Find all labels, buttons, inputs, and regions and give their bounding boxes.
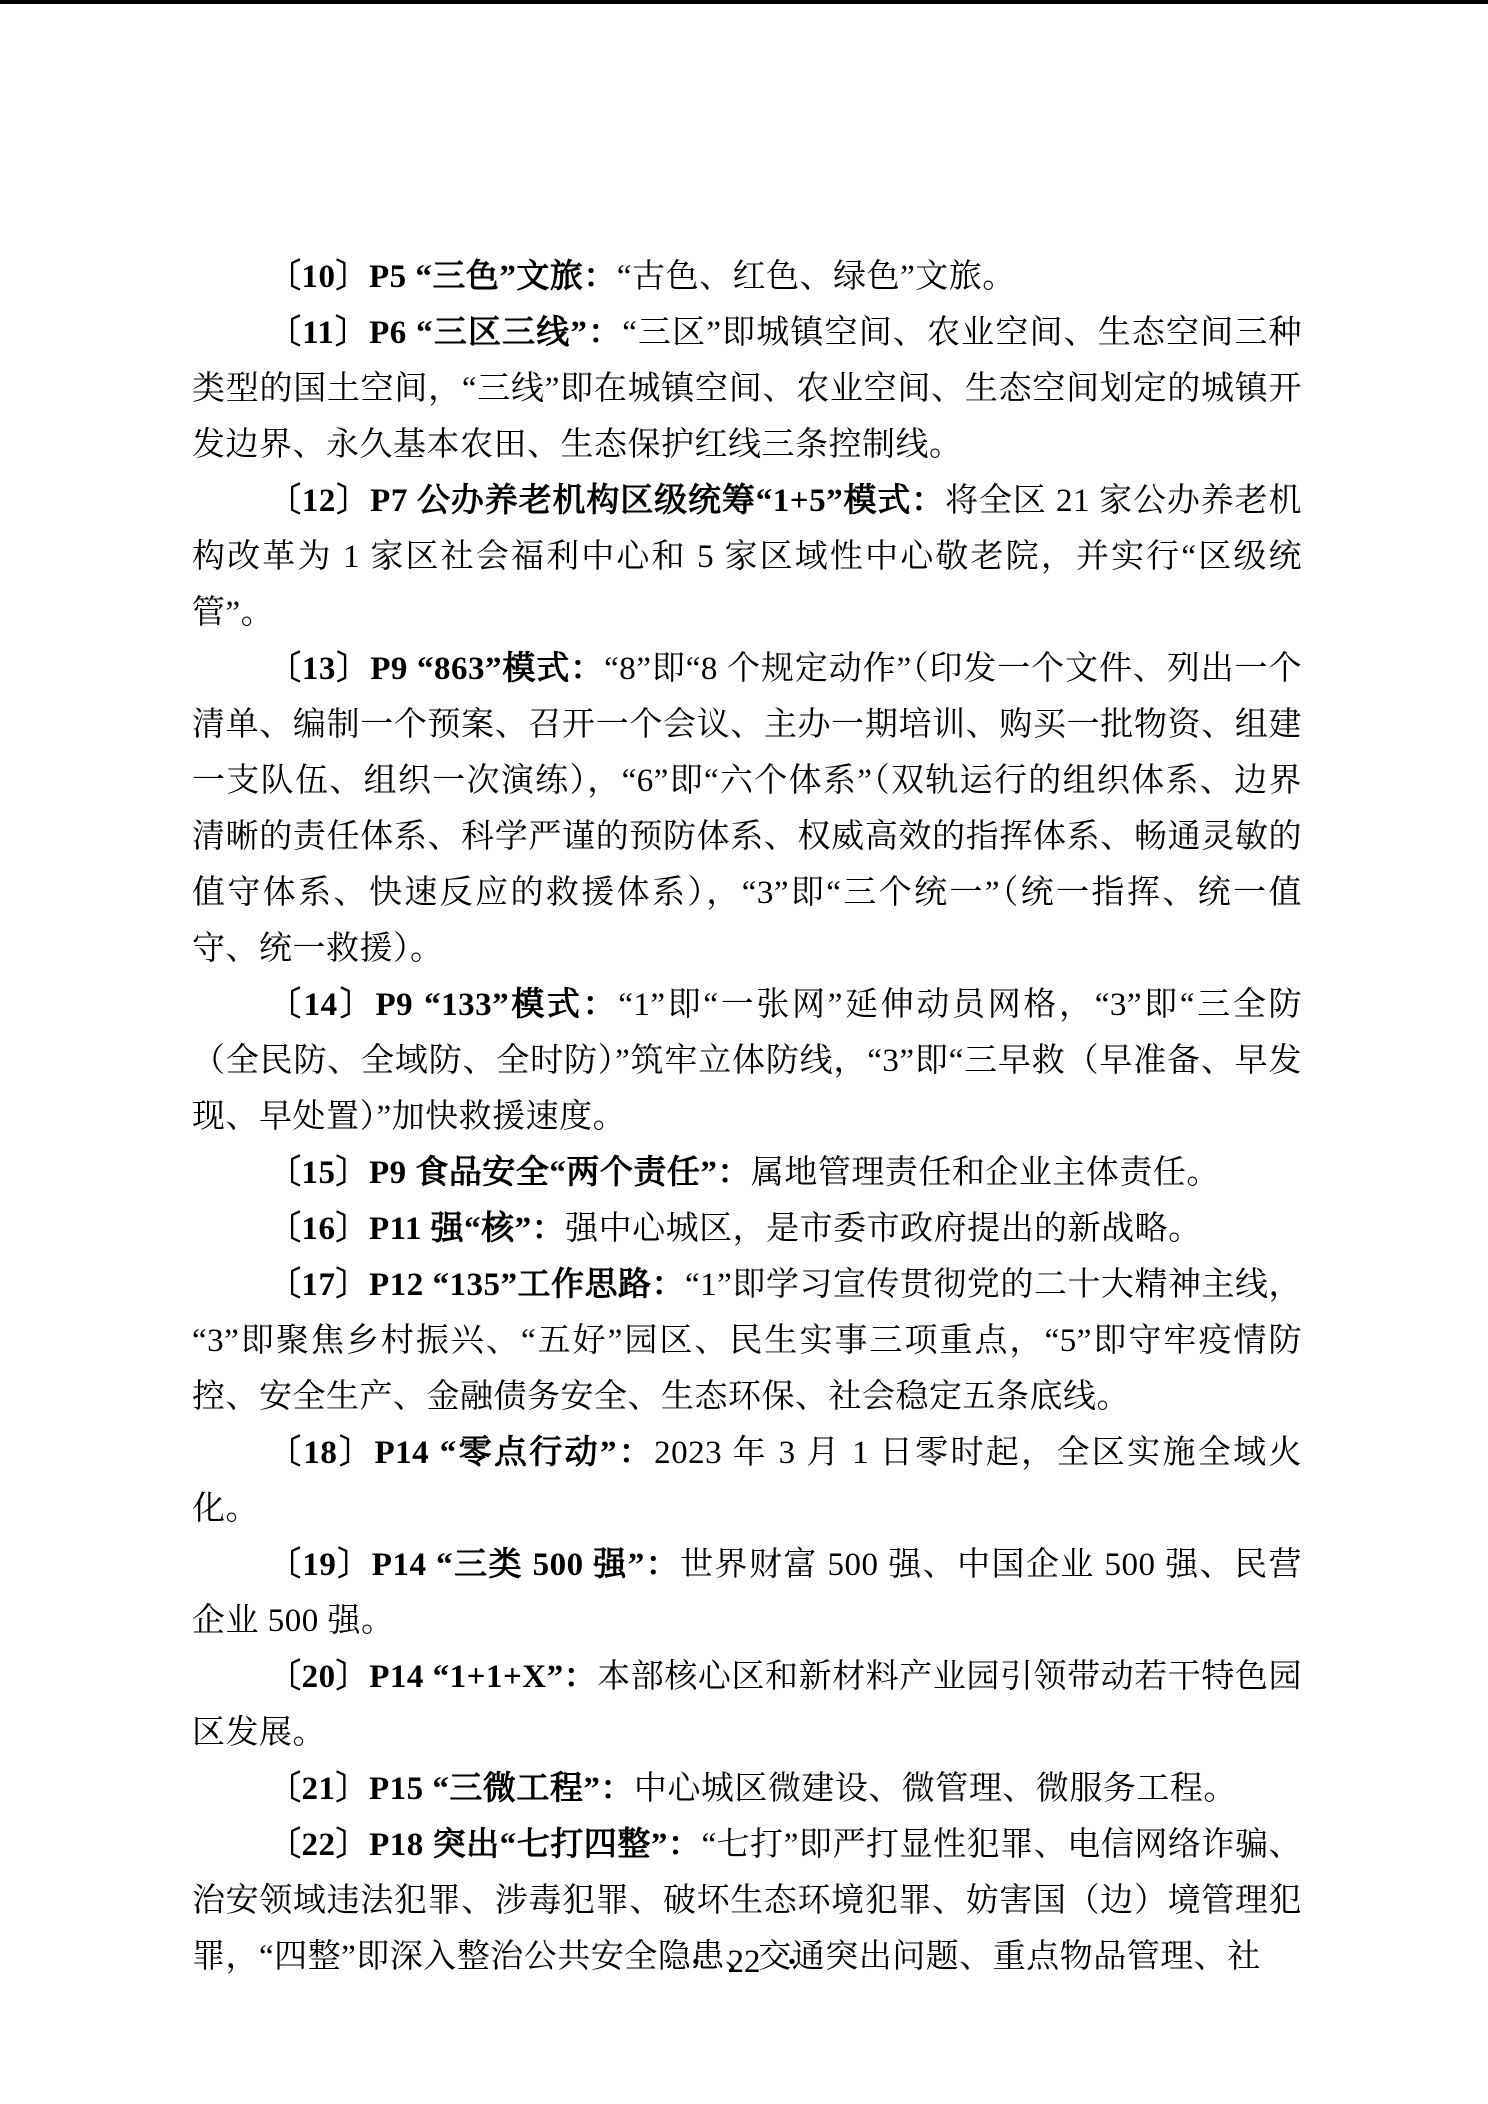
scan-edge-artifact — [0, 0, 1488, 4]
glossary-entry: 〔17〕P12 “135”工作思路：“1”即学习宣传贯彻党的二十大精神主线，“3… — [192, 1257, 1302, 1425]
entry-definition: “古色、红色、绿色”文旅。 — [617, 259, 1016, 295]
entry-term: 〔10〕P5 “三色”文旅： — [268, 259, 617, 295]
entry-term: 〔22〕P18 突出“七打四整”： — [268, 1827, 701, 1863]
page-number-dot-left: · — [690, 1934, 701, 1990]
glossary-entry: 〔14〕P9 “133”模式：“1”即“一张网”延伸动员网格，“3”即“三全防（… — [192, 977, 1302, 1145]
entry-definition: “8”即“8 个规定动作”（印发一个文件、列出一个清单、编制一个预案、召开一个会… — [192, 651, 1302, 967]
glossary-entry: 〔18〕P14 “零点行动”：2023 年 3 月 1 日零时起，全区实施全域火… — [192, 1425, 1302, 1537]
entry-term: 〔18〕P14 “零点行动”： — [268, 1435, 654, 1471]
document-page: 〔10〕P5 “三色”文旅：“古色、红色、绿色”文旅。 〔11〕P6 “三区三线… — [0, 0, 1488, 2104]
glossary-entry: 〔11〕P6 “三区三线”：“三区”即城镇空间、农业空间、生态空间三种类型的国土… — [192, 305, 1302, 473]
entry-term: 〔21〕P15 “三微工程”： — [268, 1771, 634, 1807]
entry-term: 〔17〕P12 “135”工作思路： — [268, 1267, 685, 1303]
glossary-entry: 〔21〕P15 “三微工程”：中心城区微建设、微管理、微服务工程。 — [192, 1761, 1302, 1817]
entry-term: 〔19〕P14 “三类 500 强”： — [268, 1547, 680, 1583]
glossary-list: 〔10〕P5 “三色”文旅：“古色、红色、绿色”文旅。 〔11〕P6 “三区三线… — [192, 249, 1302, 1985]
glossary-entry: 〔10〕P5 “三色”文旅：“古色、红色、绿色”文旅。 — [192, 249, 1302, 305]
page-number: 22 — [728, 1934, 761, 1990]
entry-term: 〔20〕P14 “1+1+X”： — [268, 1659, 597, 1695]
glossary-entry: 〔13〕P9 “863”模式：“8”即“8 个规定动作”（印发一个文件、列出一个… — [192, 641, 1302, 977]
entry-definition: 强中心城区，是市委市政府提出的新战略。 — [565, 1211, 1202, 1247]
entry-definition: 属地管理责任和企业主体责任。 — [751, 1155, 1220, 1191]
glossary-entry: 〔20〕P14 “1+1+X”：本部核心区和新材料产业园引领带动若干特色园区发展… — [192, 1649, 1302, 1761]
entry-term: 〔16〕P11 强“核”： — [268, 1211, 565, 1247]
glossary-entry: 〔12〕P7 公办养老机构区级统筹“1+5”模式：将全区 21 家公办养老机构改… — [192, 473, 1302, 641]
entry-term: 〔12〕P7 公办养老机构区级统筹“1+5”模式： — [268, 483, 945, 519]
entry-definition: 中心城区微建设、微管理、微服务工程。 — [634, 1771, 1237, 1807]
glossary-entry: 〔19〕P14 “三类 500 强”：世界财富 500 强、中国企业 500 强… — [192, 1537, 1302, 1649]
page-footer: ·22· — [0, 1934, 1488, 1990]
page-number-dot-right: · — [787, 1934, 798, 1990]
glossary-entry: 〔16〕P11 强“核”：强中心城区，是市委市政府提出的新战略。 — [192, 1201, 1302, 1257]
entry-term: 〔14〕P9 “133”模式： — [268, 987, 618, 1023]
entry-term: 〔11〕P6 “三区三线”： — [268, 315, 622, 351]
entry-term: 〔13〕P9 “863”模式： — [268, 651, 604, 687]
entry-term: 〔15〕P9 食品安全“两个责任”： — [268, 1155, 751, 1191]
glossary-entry: 〔15〕P9 食品安全“两个责任”：属地管理责任和企业主体责任。 — [192, 1145, 1302, 1201]
